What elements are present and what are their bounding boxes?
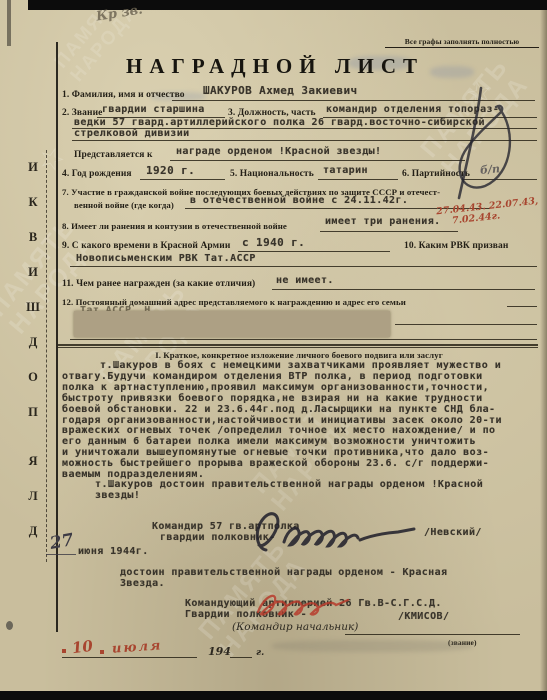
- section-divider: [58, 347, 538, 348]
- presented-for-value: награде орденом !Красной звезды!: [176, 146, 381, 157]
- underline: [320, 231, 458, 232]
- underline: [70, 266, 537, 267]
- date-year-printed: 194: [208, 645, 231, 658]
- underline: [507, 306, 537, 307]
- endorsement-line: достоин правительственной награды ордено…: [120, 567, 447, 578]
- field-3-value: ведки 57 гвард.артиллерийского полка 26 …: [74, 117, 485, 128]
- field-7-value: в отечественной войне с 24.11.42г.: [190, 195, 408, 206]
- signature-1-date-day: 27: [48, 530, 75, 554]
- signature-nevsky-ink: [250, 506, 430, 558]
- underline: [272, 289, 535, 290]
- field-4-value: 1920 г.: [146, 164, 195, 177]
- signer-2-name: /КМИСОВ/: [398, 611, 449, 622]
- underline: [230, 657, 252, 658]
- field-11-label: 11. Чем ранее награжден (за какие отличи…: [62, 279, 255, 289]
- field-4-label: 4. Год рождения: [62, 169, 132, 179]
- field-1-value: ШАКУРОВ Ахмед Закиевич: [203, 84, 358, 97]
- scanned-award-sheet: { "page": { "notice": "Все графы заполня…: [0, 0, 547, 700]
- signer-1-name: /Невский/: [424, 527, 482, 538]
- fill-all-fields-notice: Все графы заполнять полностью: [385, 37, 539, 48]
- section-divider: [58, 344, 538, 346]
- field-10-label: 10. Каким РВК призван: [404, 241, 508, 251]
- field-7-label: венной войне (где когда): [74, 200, 174, 210]
- date-day-handwritten: 10: [71, 637, 94, 657]
- underline: [395, 324, 537, 325]
- signature-red-ink: [250, 586, 360, 620]
- binding-dashed-line: [46, 150, 47, 562]
- presented-for-label: Представляется к: [74, 150, 153, 160]
- date-year-suffix: г.: [256, 648, 264, 658]
- field-5-label: 5. Национальность: [230, 169, 314, 179]
- scan-bottom-edge: [0, 691, 547, 700]
- quote-mark: [100, 650, 104, 654]
- page-title: НАГРАДНОЙ ЛИСТ: [60, 54, 490, 79]
- field-8-value: имеет три ранения.: [325, 216, 441, 227]
- endorsement-line: Звезда.: [120, 578, 165, 589]
- citation-line: боевой обстановки. 22 и 23.6.44г.под д.Л…: [62, 405, 534, 416]
- commander-caption: (Командир начальник): [232, 621, 358, 633]
- field-10-value: Новописьменским РВК Тат.АССР: [76, 253, 256, 264]
- field-11-value: не имеет.: [276, 275, 334, 286]
- citation-line: т.Шакуров достоин правительственной нагр…: [62, 479, 534, 490]
- citation-conclusion: т.Шакуров достоин правительственной нагр…: [62, 479, 534, 501]
- faint-stamp-smudge: [272, 640, 472, 652]
- date-month-handwritten: июля: [112, 638, 163, 656]
- citation-line: звезды!: [62, 490, 534, 501]
- field-2-value: гвардии старшина: [102, 104, 205, 115]
- field-5-value: татарин: [323, 165, 368, 176]
- underline: [238, 251, 390, 252]
- rank-caption: (звание): [448, 638, 477, 647]
- underline: [46, 554, 76, 555]
- document-page: ПАМЯТЬ НАРОДА ПАМЯТЬ НАРОДА ПАМЯТЬ НАРОД…: [0, 0, 547, 700]
- pencil-mark: [6, 621, 13, 630]
- field-9-value: с 1940 г.: [242, 236, 305, 249]
- field-9-label: 9. С какого времени в Красной Армии: [62, 241, 230, 251]
- scan-fold-mark: [7, 0, 11, 46]
- signature-1-date: июня 1944г.: [78, 546, 149, 557]
- field-8-label: 8. Имеет ли ранения и контузии в отечест…: [62, 221, 287, 231]
- redaction-block: [74, 311, 390, 337]
- underline: [70, 339, 537, 340]
- field-3-value: стрелковой дивизии: [74, 128, 190, 139]
- underline: [318, 179, 398, 180]
- underline: [345, 634, 520, 635]
- citation-text: т.Шакуров в боях с немецкими захватчикам…: [62, 361, 534, 481]
- underline: [62, 657, 197, 658]
- citation-line: быстроту привязки боевого порядка,не взи…: [62, 394, 534, 405]
- pen-flourish-ink: [425, 80, 545, 208]
- field-1-label: 1. Фамилия, имя и отчество: [62, 90, 185, 100]
- underline: [140, 179, 225, 180]
- margin-vertical-text: ИКВИШДОПЯЛД: [24, 150, 42, 549]
- quote-mark: [62, 649, 66, 653]
- underline: [170, 160, 465, 161]
- citation-section-heading: I. Краткое, конкретное изложение личного…: [60, 350, 538, 360]
